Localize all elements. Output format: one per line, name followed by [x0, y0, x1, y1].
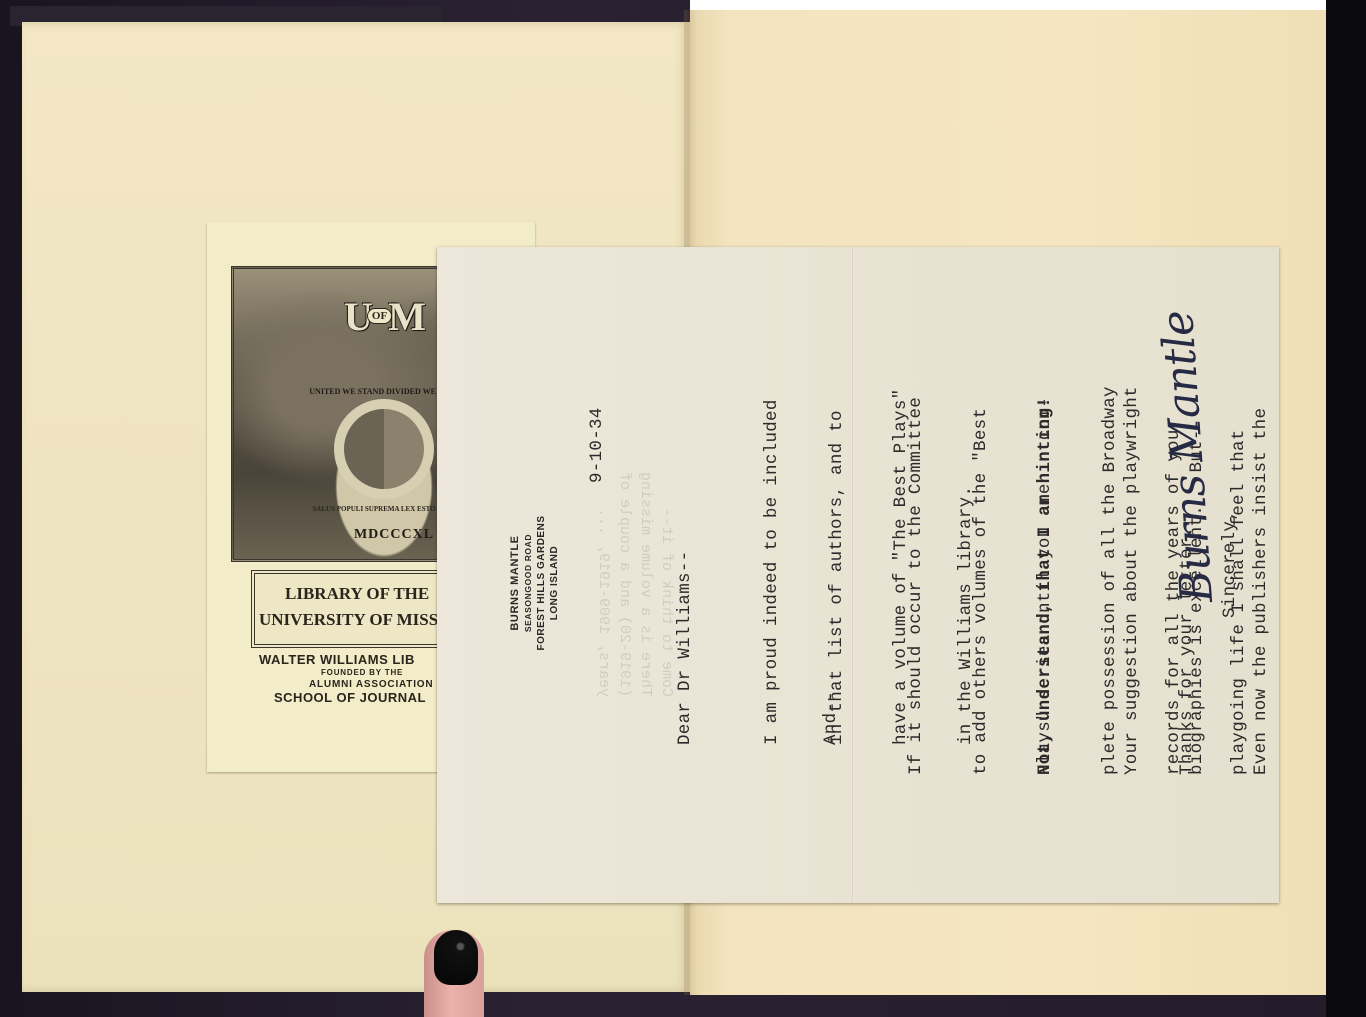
- letterhead-area: Forest Hills Gardens: [535, 453, 548, 713]
- university-monogram: U OF M: [329, 291, 439, 341]
- label-line-1: LIBRARY OF THE: [285, 584, 429, 604]
- letterhead-street: Seasongood Road: [522, 453, 535, 713]
- letter-body-rotated: Burns Mantle Seasongood Road Forest Hill…: [437, 247, 1279, 903]
- background-dark: [1326, 0, 1366, 1017]
- typed-letter: Come to think of it-- There is a volume …: [437, 247, 1279, 903]
- letterhead: Burns Mantle Seasongood Road Forest Hill…: [509, 453, 561, 713]
- letterhead-name: Burns Mantle: [509, 453, 522, 713]
- paragraph-2: And--: [821, 691, 843, 745]
- letter-closing: Sincerely,: [1220, 510, 1242, 618]
- letter-salutation: Dear Dr Williams--: [675, 551, 697, 745]
- letterhead-region: Long Island: [548, 453, 561, 713]
- paragraph-4: Not, understand, that I am hinting!: [1035, 397, 1057, 775]
- letter-date: 9-10-34: [587, 407, 609, 483]
- black-fingernail: [434, 930, 478, 985]
- missouri-seal-icon: [334, 399, 434, 499]
